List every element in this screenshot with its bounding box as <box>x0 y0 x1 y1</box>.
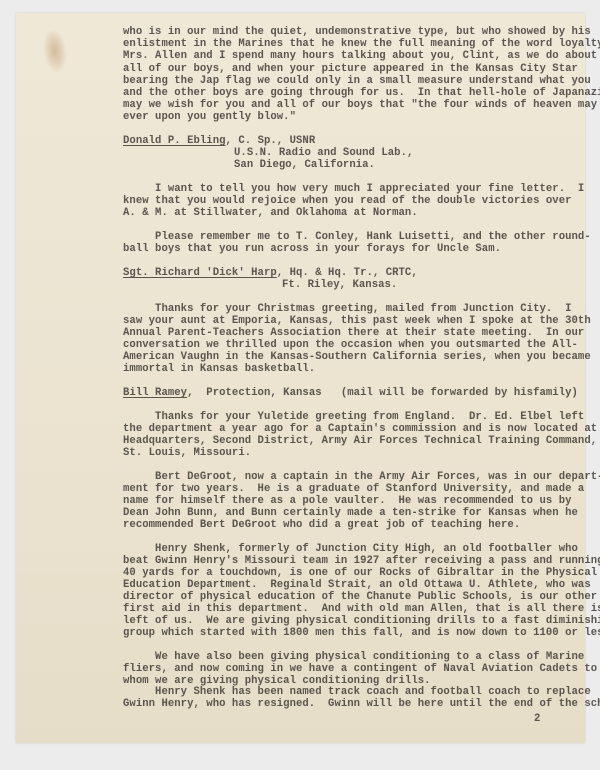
text-line: and the other boys are going through for… <box>123 87 600 99</box>
text-line: 40 yards for a touchdown, is one of our … <box>123 567 597 579</box>
text-line: ment for two years. He is a graduate of … <box>123 483 584 495</box>
text-line: name for himself there as a pole vaulter… <box>123 495 572 507</box>
text-line: A. & M. at Stillwater, and Oklahoma at N… <box>123 207 418 219</box>
text-line: director of physical education of the Ch… <box>123 591 597 603</box>
text-line: We have also been giving physical condit… <box>123 651 584 663</box>
recipient-header-ebling: Donald P. Ebling, C. Sp., USNR <box>123 135 315 147</box>
text-line: Gwinn Henry, who has resigned. Gwinn wil… <box>123 698 600 710</box>
text-line: Henry Shenk, formerly of Junction City H… <box>123 543 578 555</box>
text-line: ball boys that you run across in your fo… <box>123 243 501 255</box>
text-line: bearing the Jap flag we could only in a … <box>123 75 591 87</box>
text-line: Headquarters, Second District, Army Air … <box>123 435 597 447</box>
text-line: recommended Bert DeGroot who did a great… <box>123 519 520 531</box>
text-line: St. Louis, Missouri. <box>123 447 251 459</box>
text-line: Annual Parent-Teachers Association there… <box>123 327 584 339</box>
text-line: all of our boys, and when your picture a… <box>123 63 578 75</box>
text-line: fliers, and now coming in we have a cont… <box>123 663 597 675</box>
text-line: enlistment in the Marines that he knew t… <box>123 38 600 50</box>
recipient-detail: , C. Sp., USNR <box>226 135 316 147</box>
recipient-detail: , Hq. & Hq. Tr., CRTC, <box>277 267 418 279</box>
recipient-name: Sgt. Richard 'Dick' Harp <box>123 267 277 279</box>
text-line: Thanks for your Yuletide greeting from E… <box>123 411 584 423</box>
text-line: may we wish for you and all of our boys … <box>123 99 597 111</box>
text-line: saw your aunt at Emporia, Kansas, this p… <box>123 315 591 327</box>
text-line: Education Department. Reginald Strait, a… <box>123 579 591 591</box>
recipient-name: Bill Ramey <box>123 387 187 399</box>
recipient-address: U.S.N. Radio and Sound Lab., <box>234 147 413 159</box>
text-line: left of us. We are giving physical condi… <box>123 615 600 627</box>
text-line: Dean John Bunn, and Bunn certainly made … <box>123 507 578 519</box>
text-line: who is in our mind the quiet, undemonstr… <box>123 26 591 38</box>
text-line: ever upon you gently blow." <box>123 111 296 123</box>
recipient-header-harp: Sgt. Richard 'Dick' Harp, Hq. & Hq. Tr.,… <box>123 267 418 279</box>
page-number: 2 <box>534 713 540 725</box>
text-line: American Vaughn in the Kansas-Southern C… <box>123 351 591 363</box>
recipient-address: Ft. Riley, Kansas. <box>282 279 397 291</box>
recipient-address: San Diego, California. <box>234 159 375 171</box>
text-line: knew that you would rejoice when you rea… <box>123 195 572 207</box>
text-line: first aid in this department. And with o… <box>123 603 600 615</box>
text-line: Thanks for your Christmas greeting, mail… <box>123 303 572 315</box>
text-line: Bert DeGroot, now a captain in the Army … <box>123 471 600 483</box>
text-line: the department a year ago for a Captain'… <box>123 423 597 435</box>
text-line: I want to tell you how very much I appre… <box>123 183 584 195</box>
text-line: group which started with 1800 men this f… <box>123 627 600 639</box>
text-line: immortal in Kansas basketball. <box>123 363 315 375</box>
recipient-header-ramey: Bill Ramey, Protection, Kansas (mail wil… <box>123 387 578 399</box>
text-line: conversation we thrilled upon the occasi… <box>123 339 578 351</box>
text-line: Mrs. Allen and I spend many hours talkin… <box>123 50 597 62</box>
recipient-name: Donald P. Ebling <box>123 135 226 147</box>
text-line: Henry Shenk has been named track coach a… <box>123 686 591 698</box>
recipient-detail: , Protection, Kansas (mail will be forwa… <box>187 387 578 399</box>
text-line: Please remember me to T. Conley, Hank Lu… <box>123 231 591 243</box>
text-line: beat Gwinn Henry's Missouri team in 1927… <box>123 555 600 567</box>
